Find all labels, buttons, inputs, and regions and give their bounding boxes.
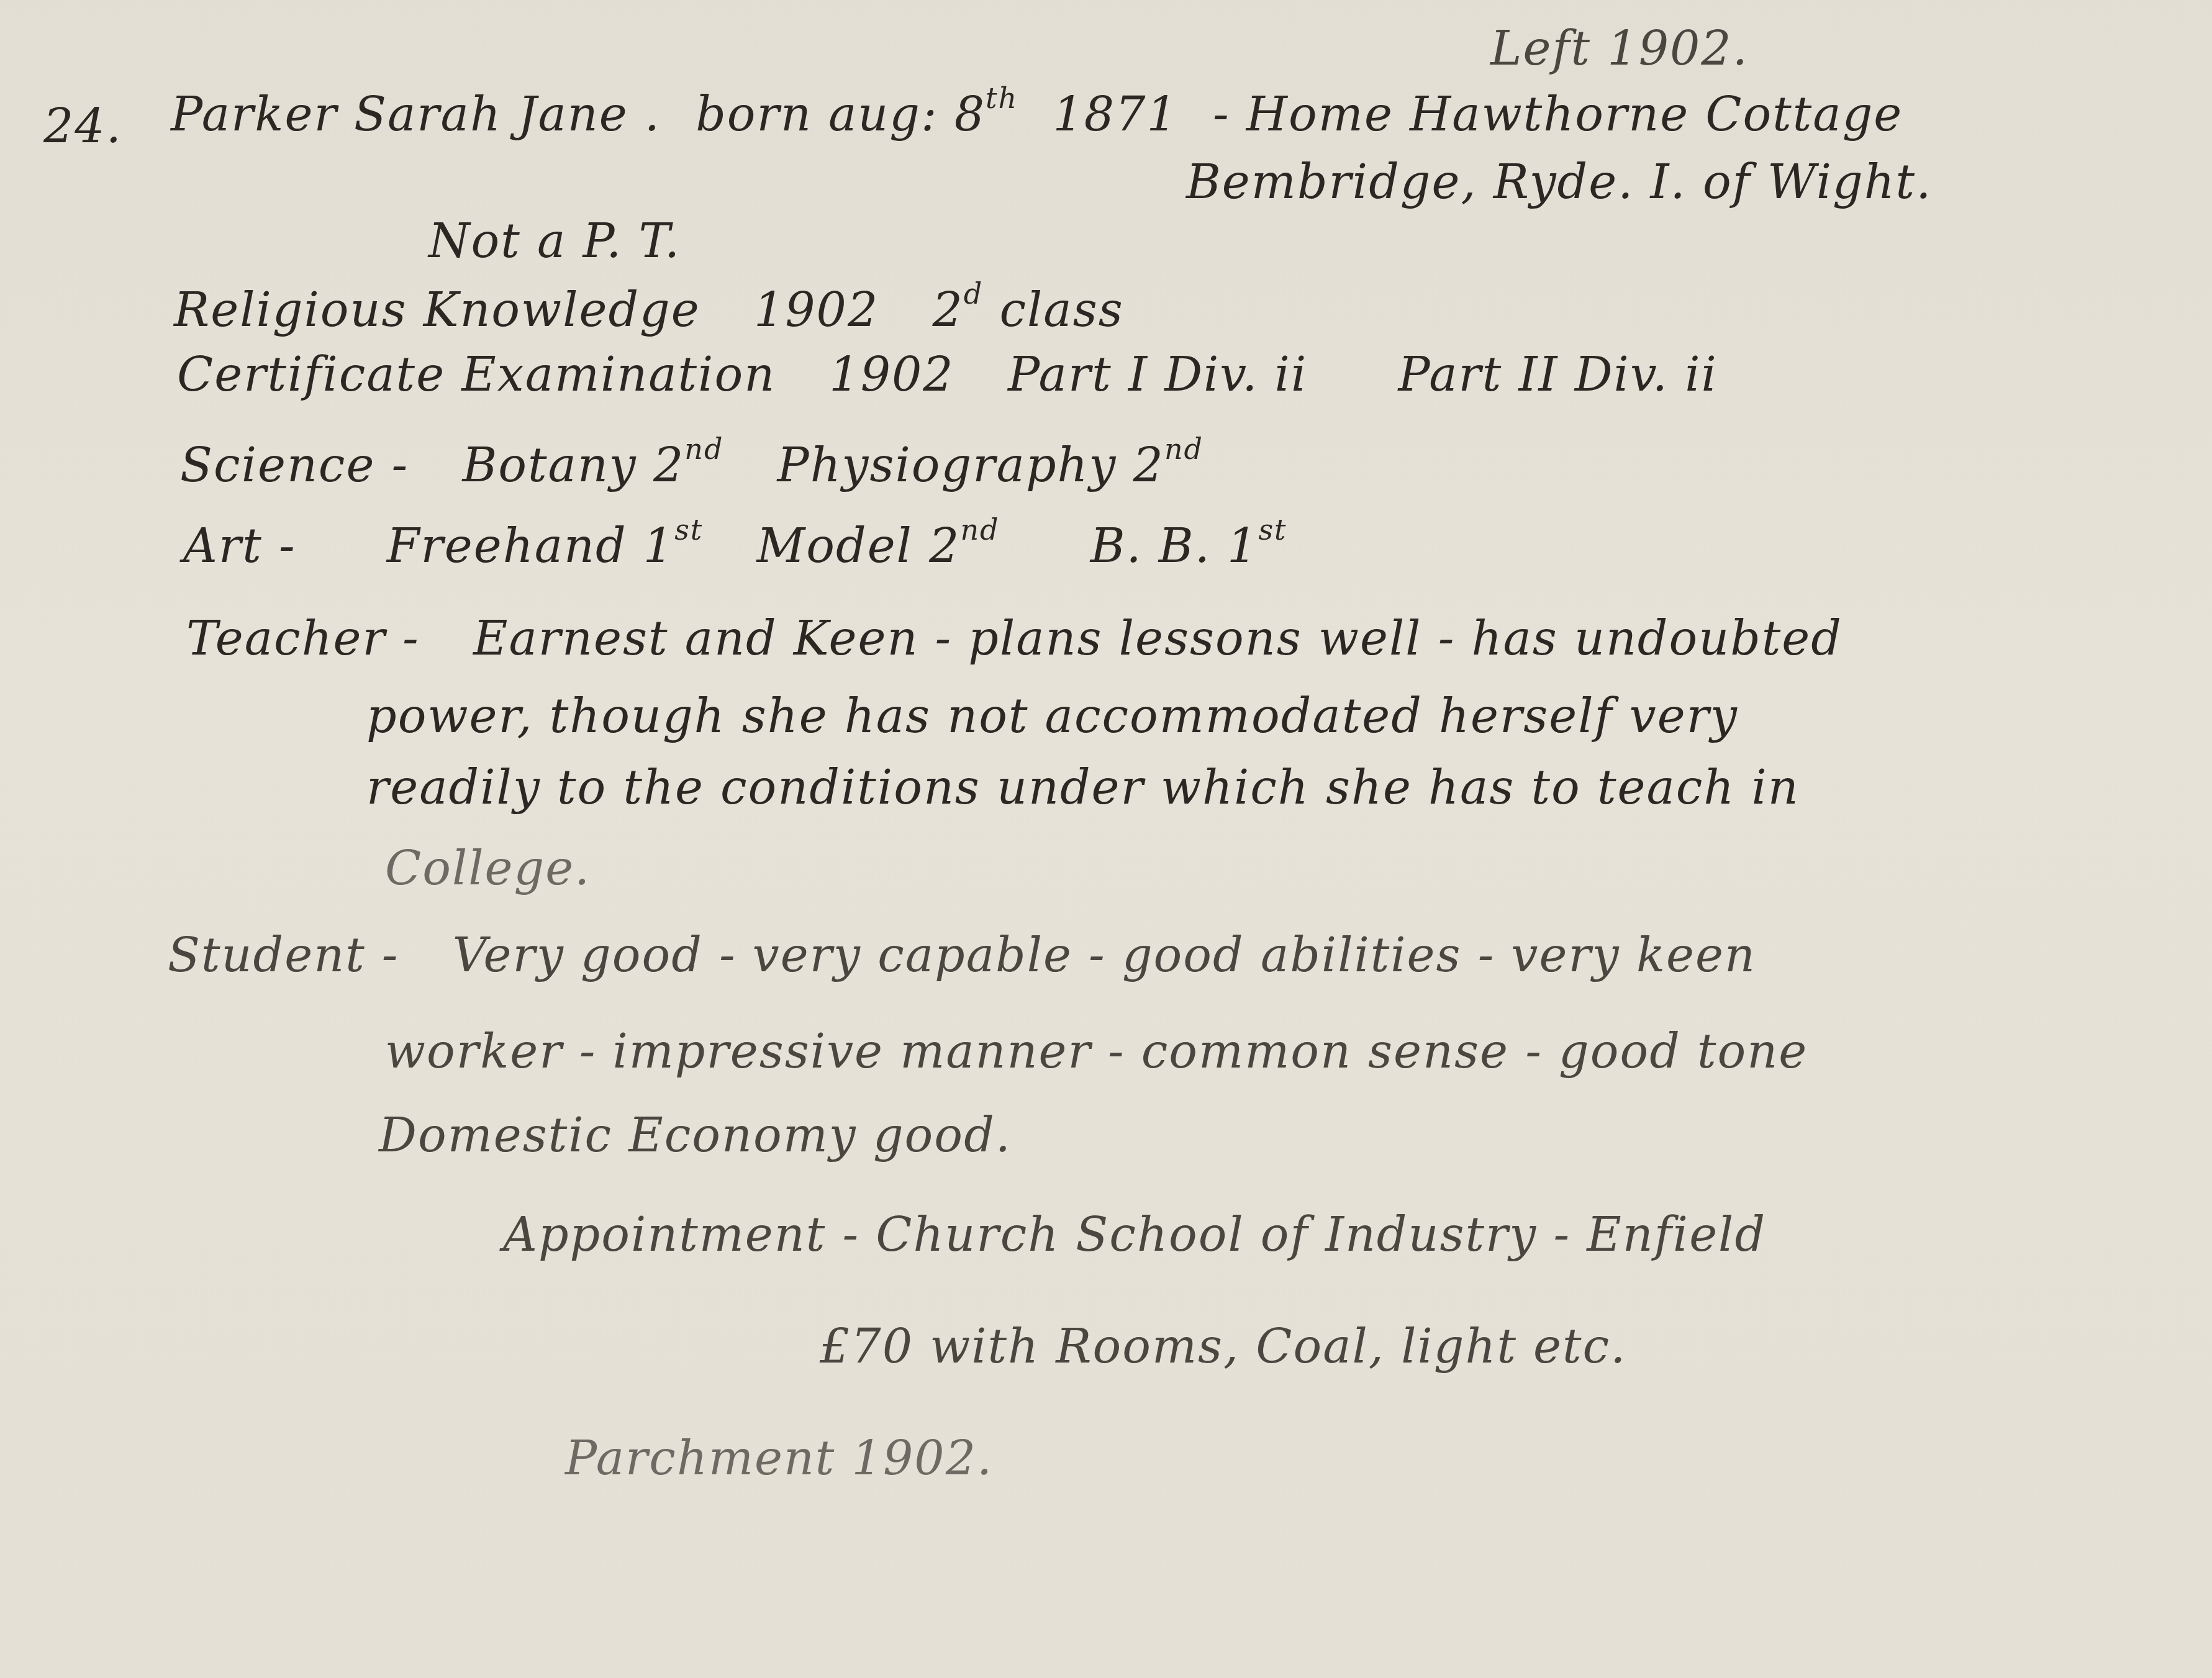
science-physiography: Physiography 2 xyxy=(777,437,1164,492)
art-blackboard: B. B. 1 xyxy=(1090,518,1259,573)
student-row: Student - Very good - very capable - goo… xyxy=(168,932,1756,979)
birth-date-suffix: th xyxy=(986,81,1018,115)
student-remarks-line3: Domestic Economy good. xyxy=(379,1112,1012,1159)
art-row: Art - Freehand 1st Model 2nd B. B. 1st xyxy=(183,515,1287,569)
science-row: Science - Botany 2nd Physiography 2nd xyxy=(180,435,1203,489)
entry-number: 24. xyxy=(43,102,122,150)
religious-knowledge-label: Religious Knowledge xyxy=(174,282,700,337)
certificate-exam-part1: Part I Div. ii xyxy=(1008,347,1307,402)
religious-knowledge-row: Religious Knowledge 1902 2d class xyxy=(174,279,1124,333)
birth-year: 1871 xyxy=(1053,86,1177,142)
art-label: Art - xyxy=(183,518,296,573)
birth-date: born aug: 8 xyxy=(696,86,986,142)
teacher-remarks-line4: College. xyxy=(385,845,591,892)
science-physiography-suffix: nd xyxy=(1164,432,1203,466)
home-address: - Home Hawthorne Cottage xyxy=(1213,86,1903,142)
appointment-line2: £70 with Rooms, Coal, light etc. xyxy=(820,1323,1626,1370)
teacher-remarks-line2: power, though she has not accommodated h… xyxy=(366,692,1738,740)
certificate-exam-part2: Part II Div. ii xyxy=(1398,347,1717,402)
certificate-exam-label: Certificate Examination xyxy=(177,347,776,402)
art-blackboard-suffix: st xyxy=(1258,513,1287,546)
art-model-suffix: nd xyxy=(960,513,999,546)
art-freehand: Freehand 1 xyxy=(387,518,674,573)
left-date-note: Left 1902. xyxy=(1490,25,1749,72)
address-line-2: Bembridge, Ryde. I. of Wight. xyxy=(1186,158,1932,206)
science-label: Science - xyxy=(180,437,409,492)
parchment-line: Parchment 1902. xyxy=(565,1435,993,1482)
teacher-remarks-line3: readily to the conditions under which sh… xyxy=(366,764,1800,811)
teacher-row: Teacher - Earnest and Keen - plans lesso… xyxy=(186,615,1843,662)
science-botany-suffix: nd xyxy=(684,432,723,466)
religious-knowledge-grade-suffix: d xyxy=(964,277,983,311)
appointment-line1: Appointment - Church School of Industry … xyxy=(503,1211,1766,1258)
student-remarks-line2: worker - impressive manner - common sens… xyxy=(385,1028,1808,1075)
religious-knowledge-grade: 2 xyxy=(933,282,964,337)
student-remarks-line1: Very good - very capable - good abilitie… xyxy=(453,927,1756,982)
certificate-exam-year: 1902 xyxy=(829,347,954,402)
religious-knowledge-class: class xyxy=(999,282,1123,337)
teacher-remarks-line1: Earnest and Keen - plans lessons well - … xyxy=(473,610,1843,666)
art-freehand-suffix: st xyxy=(674,513,703,546)
certificate-exam-row: Certificate Examination 1902 Part I Div.… xyxy=(177,351,1718,398)
entry-header: Parker Sarah Jane . born aug: 8th 1871 -… xyxy=(171,84,1903,138)
not-pupil-teacher-note: Not a P. T. xyxy=(428,217,681,265)
religious-knowledge-year: 1902 xyxy=(754,282,879,337)
science-botany: Botany 2 xyxy=(462,437,684,492)
student-name: Parker Sarah Jane . xyxy=(171,86,661,142)
teacher-label: Teacher - xyxy=(186,610,420,666)
ledger-page: Left 1902. 24. Parker Sarah Jane . born … xyxy=(0,0,2212,1678)
art-model: Model 2 xyxy=(756,518,960,573)
student-label: Student - xyxy=(168,927,399,982)
